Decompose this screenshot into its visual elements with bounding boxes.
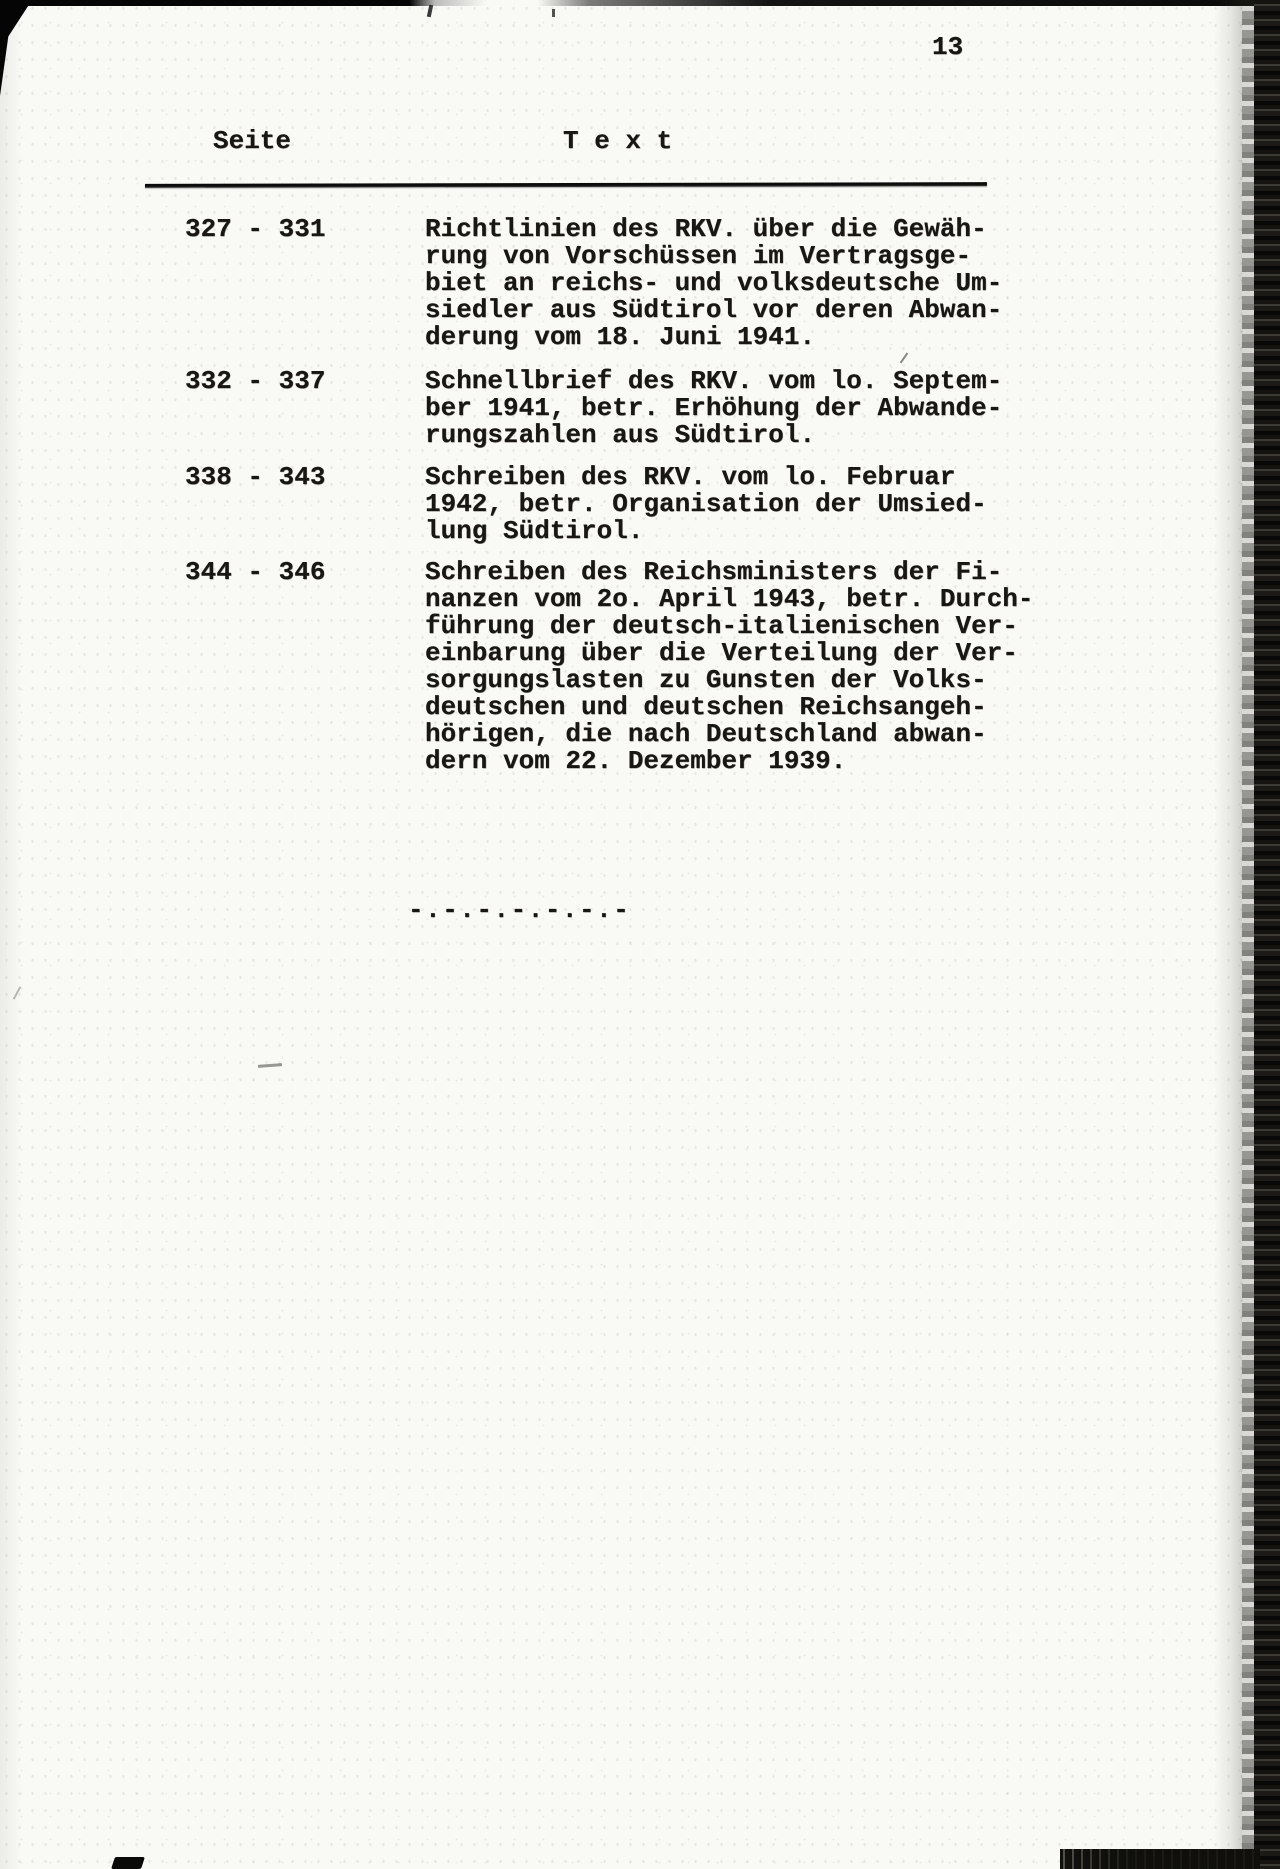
scan-artifact-bottom-right: [1060, 1849, 1260, 1869]
section-end-separator: -.-.-.-.-.-.-: [408, 897, 630, 924]
scan-artifact-stray-mark: [900, 353, 909, 364]
entry-description: Schnellbrief des RKV. vom lo. Septem- be…: [425, 368, 1075, 449]
scan-artifact-bottom-left: [111, 1857, 145, 1869]
entry-page-range: 338 - 343: [185, 464, 325, 491]
entry-description: Schreiben des Reichsministers der Fi- na…: [425, 559, 1075, 775]
column-header-seite: Seite: [213, 128, 291, 155]
scan-artifact-margin-dash: [258, 1063, 282, 1068]
entry-page-range: 332 - 337: [185, 368, 325, 395]
scan-binding-shadow-light: [1214, 0, 1242, 1869]
entry-description: Richtlinien des RKV. über die Gewäh- run…: [425, 216, 1075, 351]
entry-description: Schreiben des RKV. vom lo. Februar 1942,…: [425, 464, 1075, 545]
scan-artifact-tick: [427, 5, 433, 18]
scanned-document-page: 13 Seite T e x t 327 - 331 Richtlinien d…: [0, 0, 1280, 1869]
column-header-text: T e x t: [563, 128, 672, 155]
scan-artifact-margin-slash: [13, 986, 21, 999]
scan-artifact-tick: [552, 9, 555, 17]
page-number: 13: [932, 34, 963, 61]
scan-artifact-top-edge: [0, 0, 1280, 6]
entry-page-range: 344 - 346: [185, 559, 325, 586]
scan-artifact-corner-top-left: [0, 0, 32, 96]
entry-page-range: 327 - 331: [185, 216, 325, 243]
scan-binding-shadow-mid: [1242, 0, 1254, 1869]
header-rule: [145, 182, 987, 188]
scan-binding-band-right: [1254, 0, 1280, 1869]
